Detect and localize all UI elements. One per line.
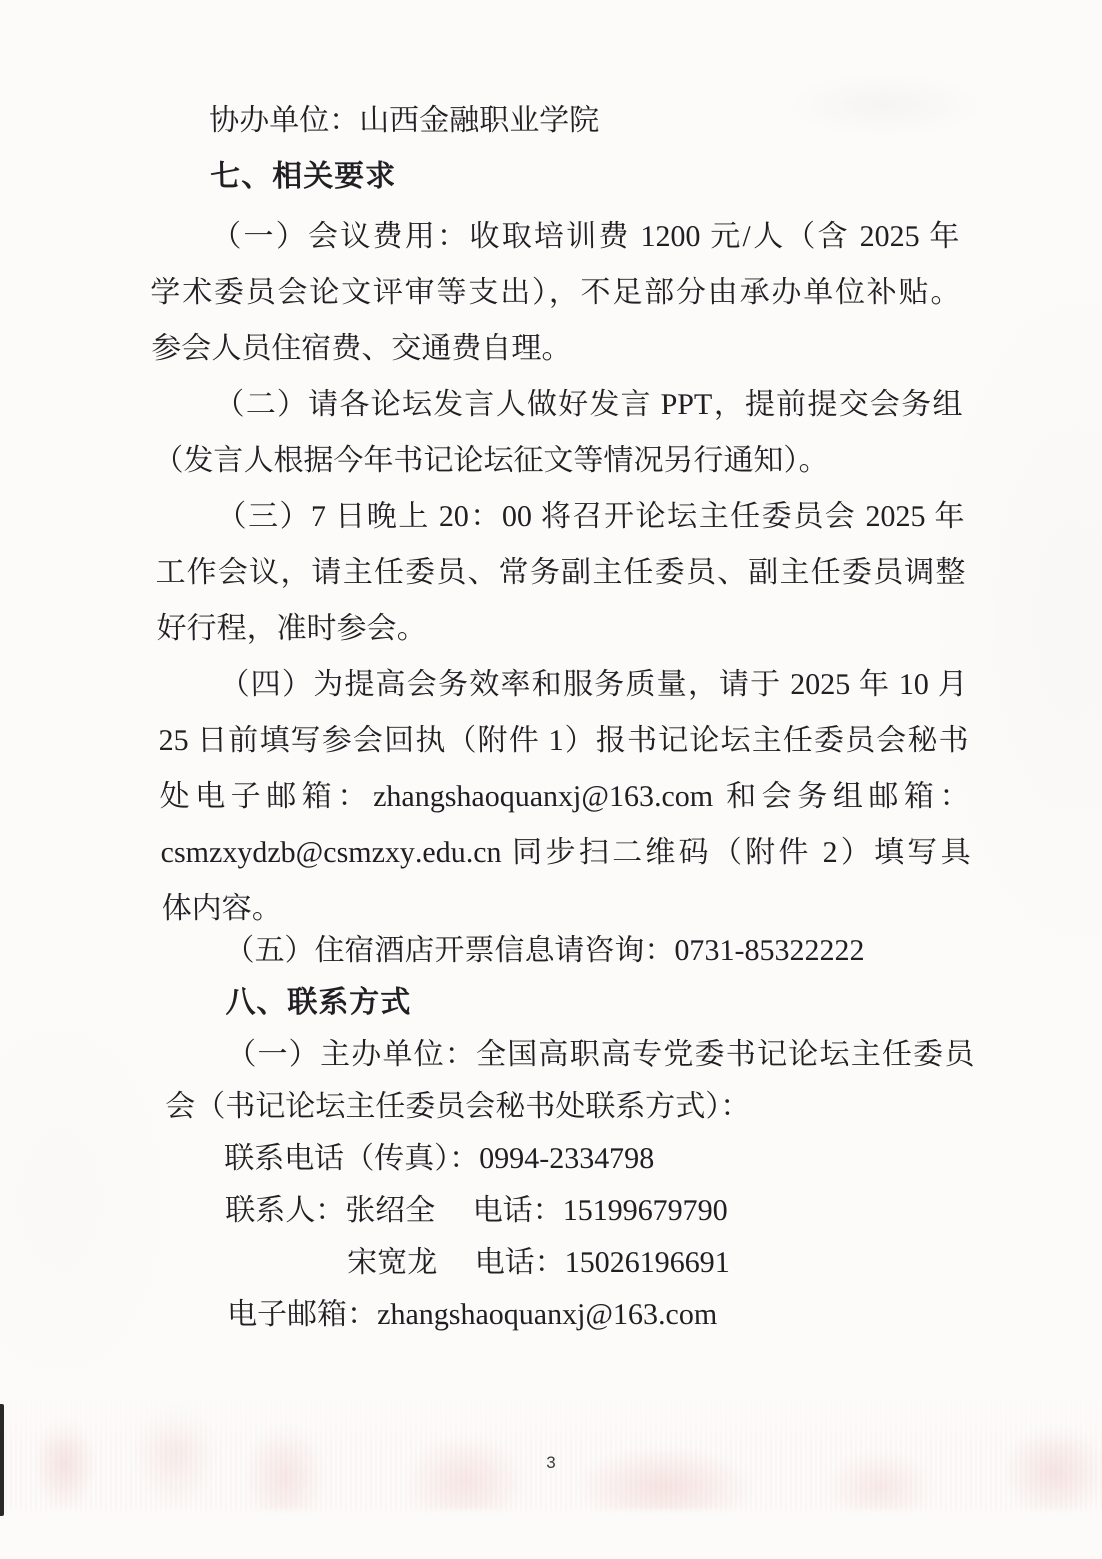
item-7-3-line2: 工作会议，请主任委员、常务副主任委员、副主任委员调整 [155,545,966,601]
item-7-4-line3: 处电子邮箱：zhangshaoquanxj@163.com 和会务组邮箱： [159,769,970,825]
item-7-1-line1: （一）会议费用：收取培训费 1200 元/人（含 2025 年 [149,209,960,265]
item-7-4-line4: csmzxydzb@csmzxy.edu.cn 同步扫二维码（附件 2）填写具 [160,825,971,881]
contact-email-line: 电子邮箱：zhangshaoquanxj@163.com [227,1289,980,1341]
item-8-1-line2: 会（书记论坛主任委员会秘书处联系方式）： [165,1081,976,1133]
section-8-heading: 八、联系方式 [163,977,974,1029]
contact-person-2-line: 宋宽龙 电话：15026196691 [347,1237,979,1289]
contact-person-1-line: 联系人：张绍全 电话：15199679790 [225,1185,978,1237]
item-7-4-line2: 25 日前填写参会回执（附件 1）报书记论坛主任委员会秘书 [158,713,969,769]
item-7-4-line1: （四）为提高会务效率和服务质量，请于 2025 年 10 月 [157,657,968,713]
document-body: 协办单位：山西金融职业学院 七、相关要求 （一）会议费用：收取培训费 1200 … [0,0,1102,1341]
item-8-1-line1: （一）主办单位：全国高职高专党委书记论坛主任委员 [164,1029,975,1081]
contact-phone-fax-line: 联系电话（传真）：0994-2334798 [224,1133,977,1185]
item-7-2-line2: （发言人根据今年书记论坛征文等情况另行通知）。 [153,433,964,489]
scanned-document-page: 协办单位：山西金融职业学院 七、相关要求 （一）会议费用：收取培训费 1200 … [0,0,1102,1559]
section-7-heading: 七、相关要求 [148,149,959,205]
item-7-2-line1: （二）请各论坛发言人做好发言 PPT，提前提交会务组 [152,377,963,433]
item-7-1-line3: 参会人员住宿费、交通费自理。 [151,321,962,377]
item-7-5-line: （五）住宿酒店开票信息请咨询：0731-85322222 [162,925,973,977]
item-7-3-line1: （三）7 日晚上 20：00 将召开论坛主任委员会 2025 年 [154,489,965,545]
item-7-3-line3: 好行程，准时参会。 [156,601,967,657]
co-organizer-line: 协办单位：山西金融职业学院 [147,93,958,149]
item-7-1-line2: 学术委员会论文评审等支出），不足部分由承办单位补贴。 [150,265,961,321]
page-number: 3 [0,1448,1102,1478]
